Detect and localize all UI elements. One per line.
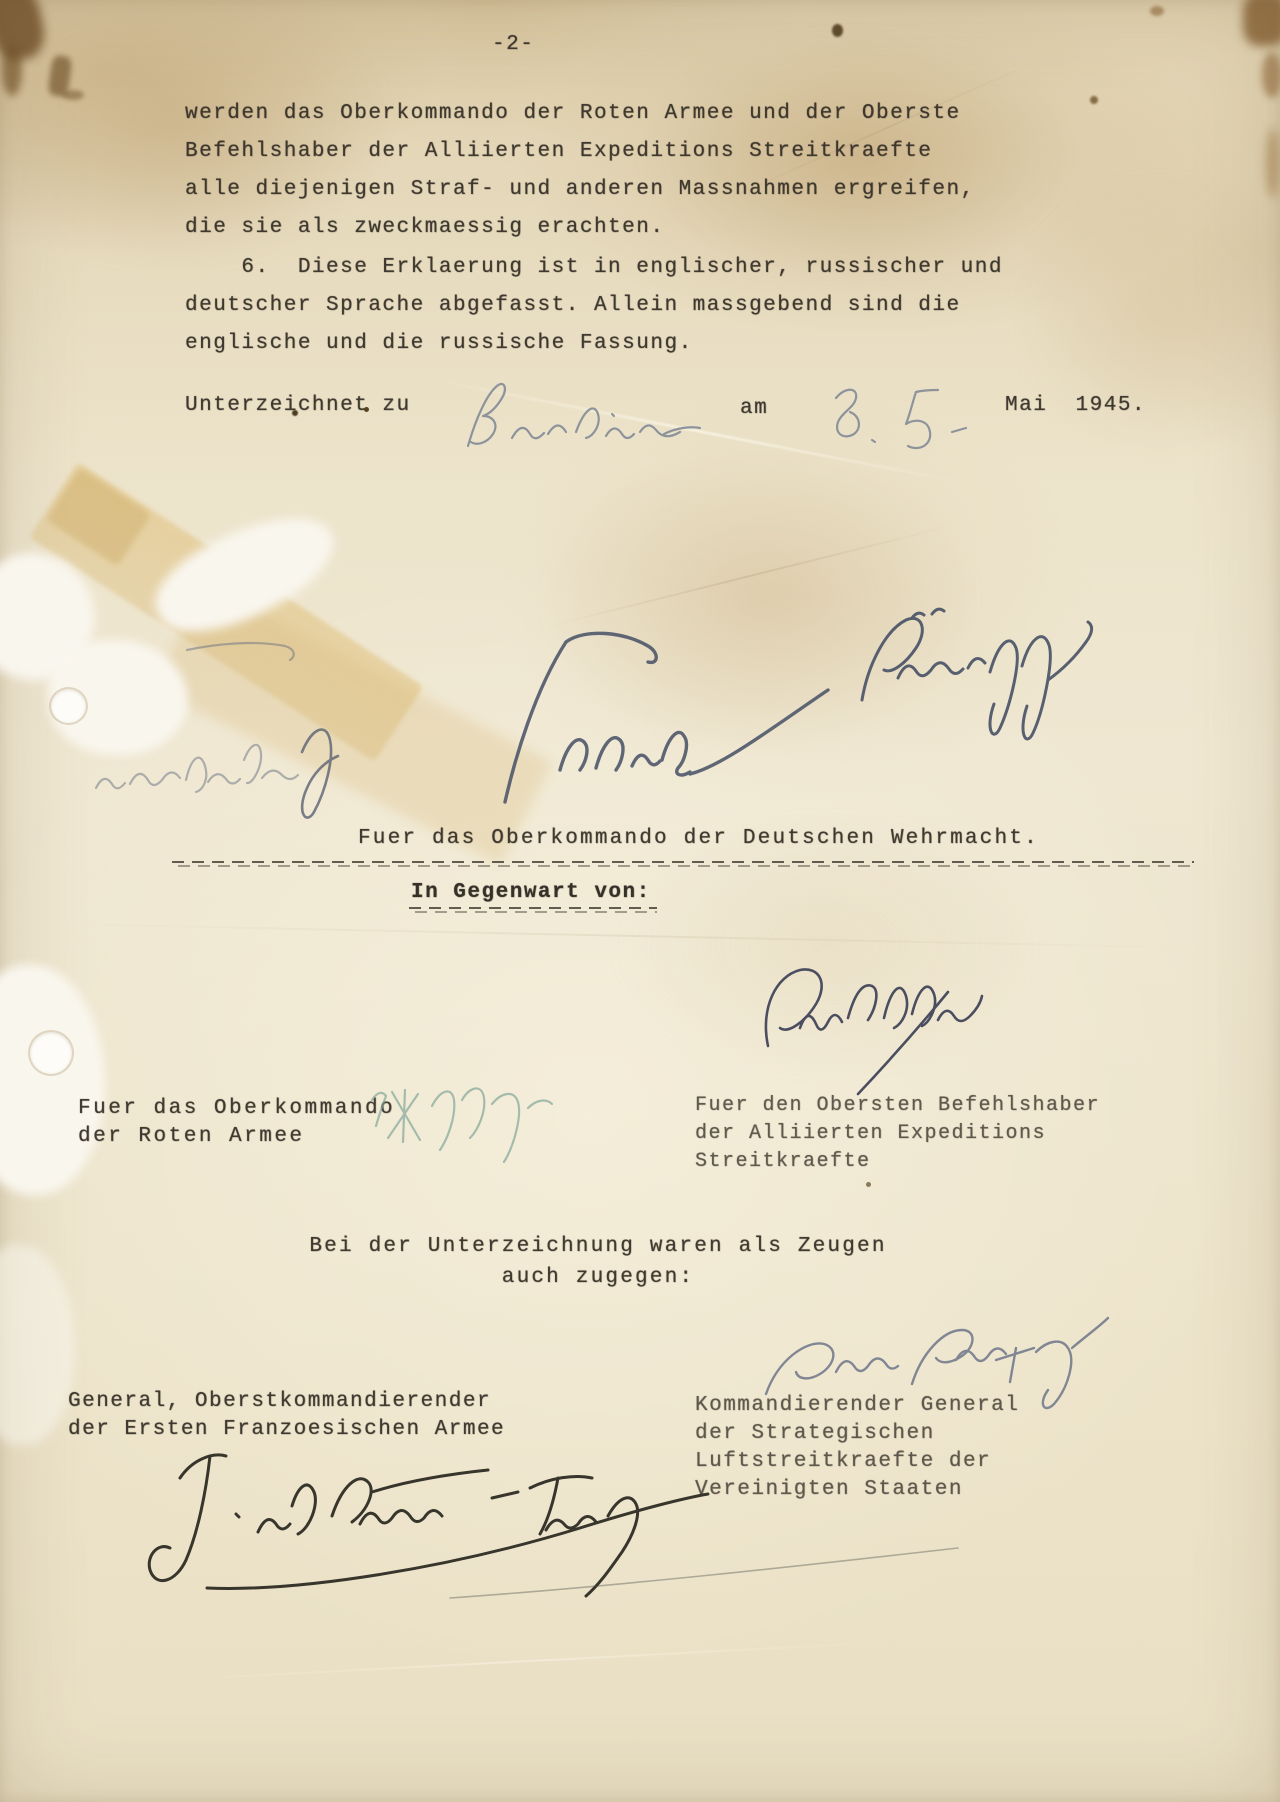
text-line: Kommandierender General bbox=[695, 1392, 1019, 1420]
text-line: der Alliierten Expeditions bbox=[695, 1120, 1100, 1148]
text-line: der Ersten Franzoesischen Armee bbox=[68, 1416, 505, 1444]
worn-patch bbox=[0, 965, 105, 1195]
corner-mark bbox=[1262, 52, 1280, 98]
corner-mark bbox=[2, 44, 22, 96]
ink-speck bbox=[364, 407, 369, 412]
signature-de-lattre bbox=[149, 1455, 708, 1596]
dateline-am: am bbox=[740, 397, 768, 420]
text-line: Luftstreitkraefte der bbox=[695, 1448, 1019, 1476]
corner-mark bbox=[1266, 128, 1280, 198]
witness-intro: Bei der Unterzeichnung waren als Zeugen … bbox=[278, 1231, 918, 1293]
document-page: -2- werden das Oberkommando der Roten Ar… bbox=[0, 0, 1280, 1802]
text-line: werden das Oberkommando der Roten Armee … bbox=[185, 95, 975, 133]
stain-mid bbox=[540, 450, 980, 750]
allied-party-caption: Fuer den Obersten Befehlshaber der Allii… bbox=[695, 1092, 1100, 1176]
presence-underline bbox=[409, 907, 657, 914]
ink-speck bbox=[866, 1182, 871, 1187]
punch-hole bbox=[30, 1032, 72, 1074]
stain-signature-area bbox=[610, 810, 1040, 1080]
ink-speck bbox=[292, 410, 298, 416]
presence-heading: In Gegenwart von: bbox=[411, 881, 651, 904]
paper-crease bbox=[180, 1642, 879, 1681]
dashed-separator bbox=[172, 861, 1194, 868]
text-line: Befehlshaber der Alliierten Expeditions … bbox=[185, 133, 975, 171]
text-line: der Strategischen bbox=[695, 1420, 1019, 1448]
soviet-party-caption: Fuer das Oberkommando der Roten Armee bbox=[78, 1095, 395, 1151]
text-line: auch zugegen: bbox=[278, 1262, 918, 1293]
text-line: englische und die russische Fassung. bbox=[185, 325, 1003, 363]
dateline-month-year: Mai 1945. bbox=[1005, 394, 1146, 417]
text-line: Bei der Unterzeichnung waren als Zeugen bbox=[278, 1231, 918, 1262]
ink-speck bbox=[832, 24, 843, 37]
paragraph-2: 6. Diese Erklaerung ist in englischer, r… bbox=[185, 249, 1003, 363]
corner-mark bbox=[62, 90, 84, 100]
signature-de-lattre-flourish bbox=[450, 1548, 958, 1598]
text-line: General, Oberstkommandierender bbox=[68, 1388, 505, 1416]
text-line: 6. Diese Erklaerung ist in englischer, r… bbox=[185, 249, 1003, 287]
text-line: Streitkraefte bbox=[695, 1148, 1100, 1176]
signature-zhukov bbox=[372, 1088, 552, 1162]
text-line: deutscher Sprache abgefasst. Allein mass… bbox=[185, 287, 1003, 325]
text-line: Fuer das Oberkommando bbox=[78, 1095, 395, 1123]
punch-hole bbox=[51, 689, 86, 723]
page-number: -2- bbox=[492, 33, 534, 56]
worn-patch bbox=[0, 1245, 75, 1445]
corner-mark bbox=[1243, 0, 1280, 46]
text-line: die sie als zweckmaessig erachten. bbox=[185, 209, 975, 247]
ink-speck bbox=[1090, 96, 1098, 104]
text-line: der Roten Armee bbox=[78, 1123, 395, 1151]
text-line: alle diejenigen Straf- und anderen Massn… bbox=[185, 171, 975, 209]
text-line: Vereinigten Staaten bbox=[695, 1476, 1019, 1504]
okw-caption: Fuer das Oberkommando der Deutschen Wehr… bbox=[358, 827, 1039, 850]
us-witness-caption: Kommandierender General der Strategische… bbox=[695, 1392, 1019, 1504]
paragraph-1: werden das Oberkommando der Roten Armee … bbox=[185, 95, 975, 247]
handwritten-date bbox=[836, 390, 966, 448]
corner-mark bbox=[1150, 6, 1164, 16]
french-witness-caption: General, Oberstkommandierender der Erste… bbox=[68, 1388, 505, 1444]
text-line: Fuer den Obersten Befehlshaber bbox=[695, 1092, 1100, 1120]
